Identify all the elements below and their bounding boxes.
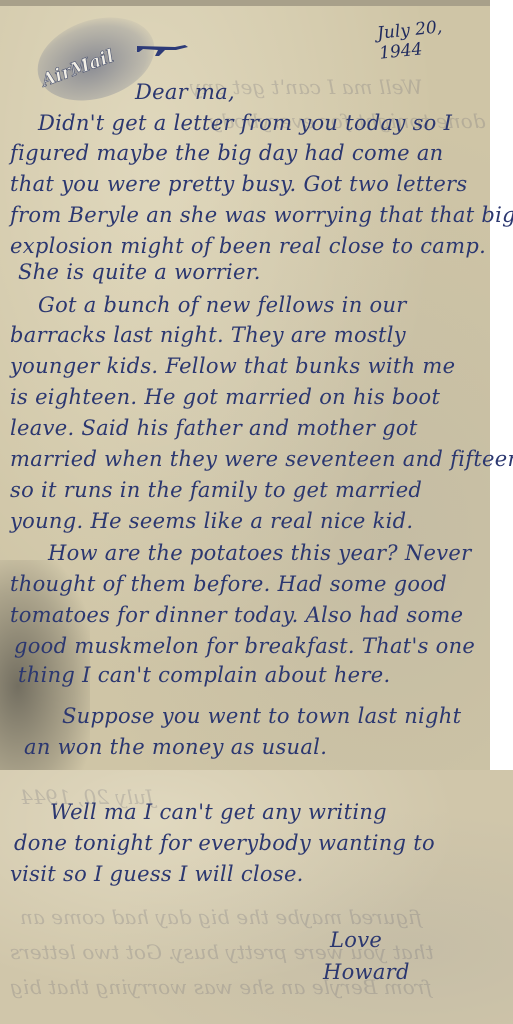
- letter-line: explosion might of been real close to ca…: [10, 234, 490, 258]
- salutation: Dear ma,: [135, 80, 490, 104]
- letter-closing: Love: [330, 928, 513, 952]
- letter-date: July 20, 1944: [376, 12, 492, 63]
- letter-line: that you were pretty busy. Got two lette…: [10, 172, 490, 196]
- letter-line: younger kids. Fellow that bunks with me: [10, 354, 490, 378]
- letter-line: Suppose you went to town last night: [62, 704, 490, 728]
- letter-signature: Howard: [323, 960, 513, 984]
- letter-line: married when they were seventeen and fif…: [10, 447, 490, 471]
- letter-line: good muskmelon for breakfast. That's one: [14, 634, 490, 658]
- letter-line: Well ma I can't get any writing: [50, 800, 513, 824]
- letter-line: leave. Said his father and mother got: [10, 416, 490, 440]
- letter-line: She is quite a worrier.: [18, 260, 490, 284]
- letter-line: figured maybe the big day had come an: [10, 141, 490, 165]
- letter-line: tomatoes for dinner today. Also had some: [10, 603, 490, 627]
- letter-page-1: Well ma I can't get any done tonight for…: [0, 0, 490, 770]
- letter-line: an won the money as usual.: [24, 735, 490, 759]
- letter-line: How are the potatoes this year? Never: [48, 541, 490, 565]
- letter-page-2: July 20, 1944 figured maybe the big day …: [0, 770, 513, 1024]
- letter-line: young. He seems like a real nice kid.: [10, 509, 490, 533]
- letter-line: from Beryle an she was worrying that tha…: [10, 203, 490, 227]
- letter-line: Didn't get a letter from you today so I: [38, 111, 490, 135]
- letter-line: so it runs in the family to get married: [10, 478, 490, 502]
- airplane-icon: [135, 38, 190, 58]
- letter-line: visit so I guess I will close.: [10, 862, 513, 886]
- letter-line: thought of them before. Had some good: [10, 572, 490, 596]
- letter-line: done tonight for everybody wanting to: [14, 831, 513, 855]
- letter-line: thing I can't complain about here.: [18, 663, 490, 687]
- letter-line: is eighteen. He got married on his boot: [10, 385, 490, 409]
- letter-line: Got a bunch of new fellows in our: [38, 293, 490, 317]
- letter-line: barracks last night. They are mostly: [10, 323, 490, 347]
